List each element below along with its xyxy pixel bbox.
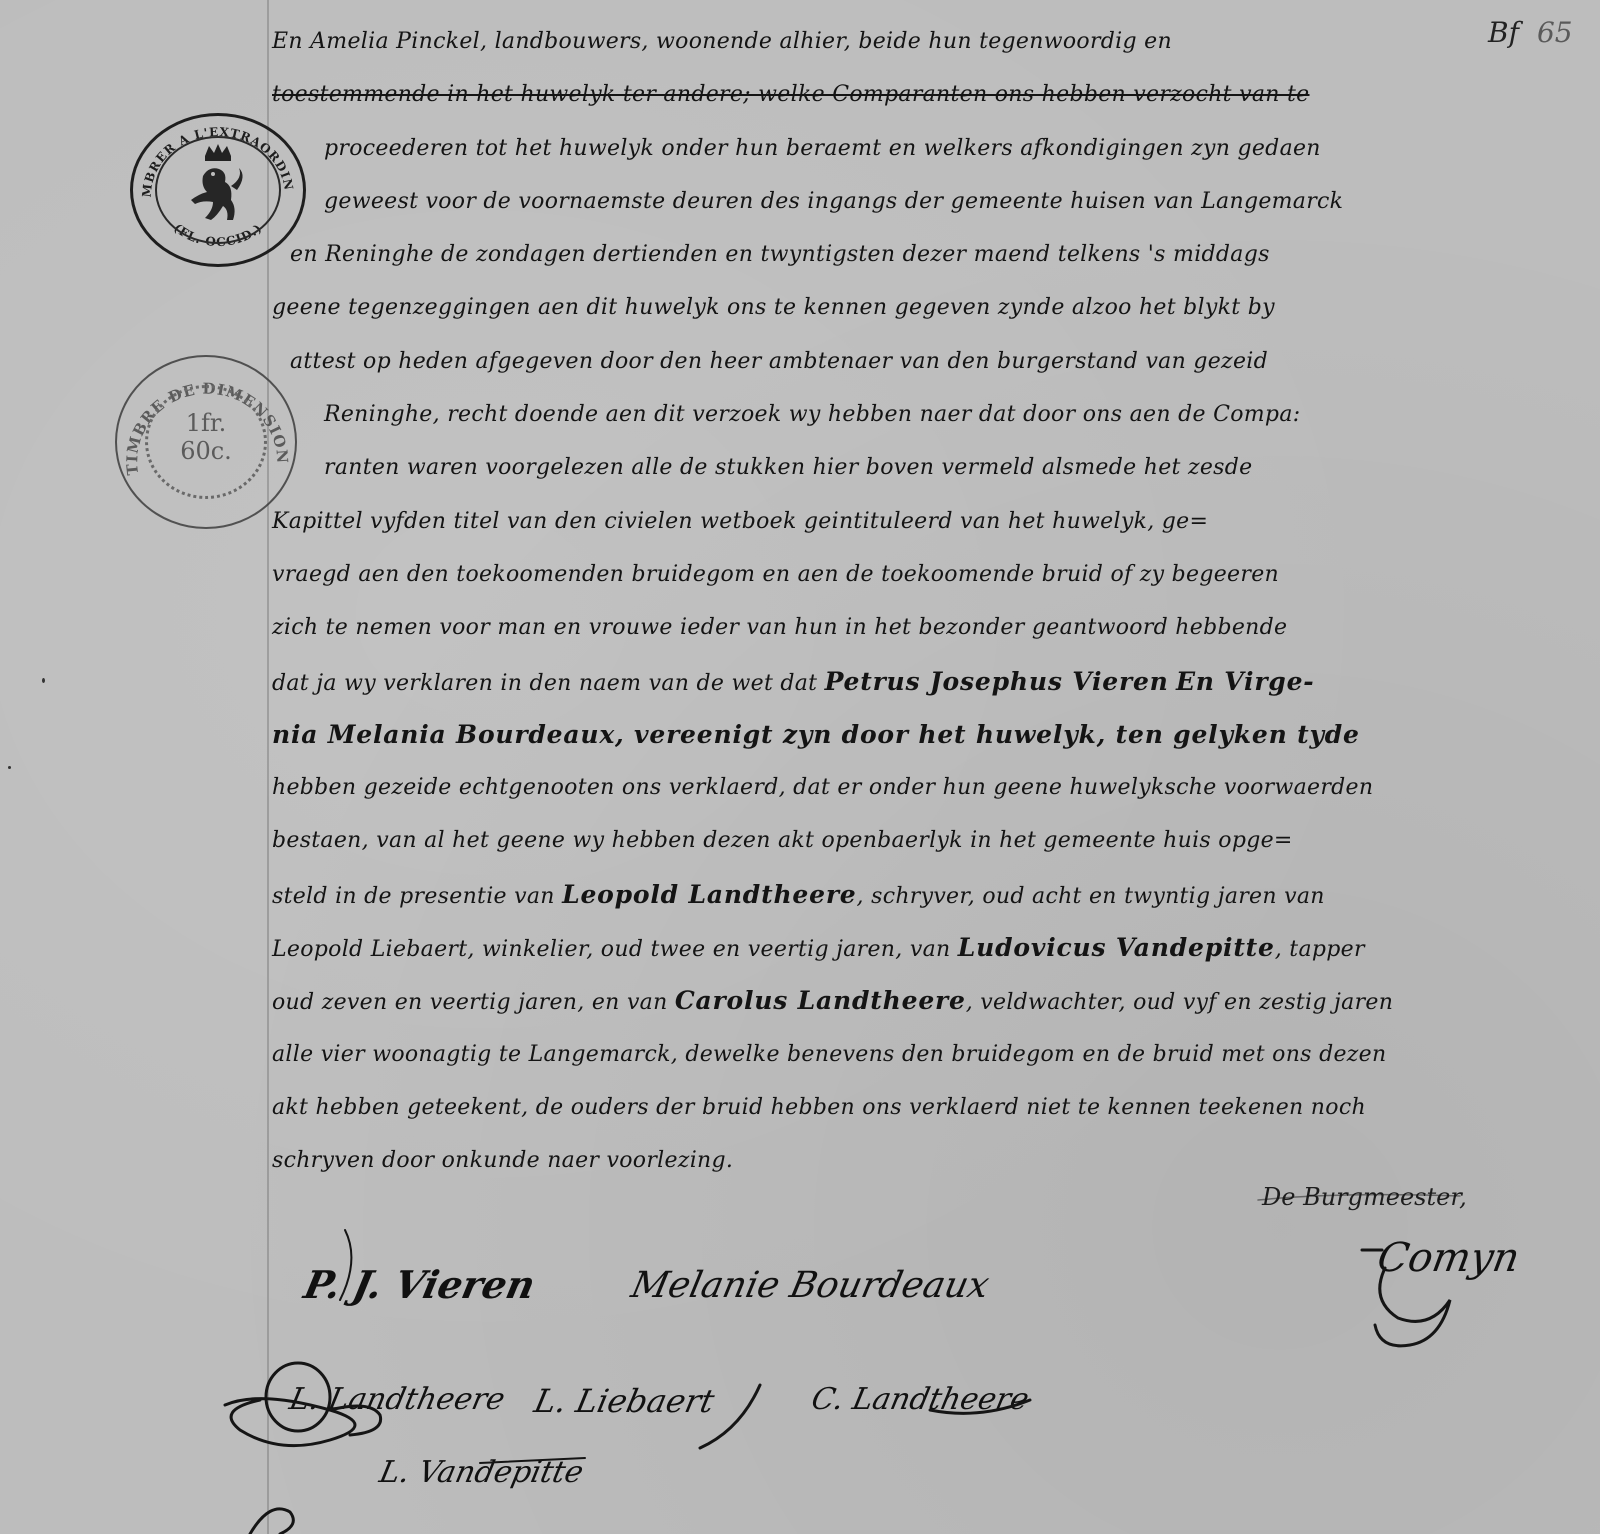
text-line-16: bestaen, van al het geene wy hebben deze…	[272, 814, 1590, 867]
text-line-17-content: steld in de presentie van	[272, 884, 555, 909]
ink-speck	[8, 766, 11, 769]
text-line-3: proceederen tot het huwelyk onder hun be…	[272, 122, 1590, 175]
text-line-2: toestemmende in het huwelyk ter andere; …	[272, 68, 1590, 121]
bride-name-cont: nia Melania Bourdeaux, vereenigt zyn doo…	[272, 720, 1360, 749]
stamp-value-centimes: 60c.	[117, 437, 295, 465]
text-line-1: En Amelia Pinckel, landbouwers, woonende…	[272, 15, 1590, 68]
ink-speck	[42, 678, 45, 683]
text-line-18: Leopold Liebaert, winkelier, oud twee en…	[272, 921, 1590, 974]
text-line-9: ranten waren voorgelezen alle de stukken…	[272, 441, 1590, 494]
stamp-value-francs: 1fr.	[117, 409, 295, 437]
witness-3-detail: , tapper	[1275, 937, 1365, 962]
stamp-dimension: TIMBRE DE DIMENSION 1fr. 60c.	[115, 355, 297, 529]
record-body: En Amelia Pinckel, landbouwers, woonende…	[272, 15, 1590, 1188]
signature-bride: Melanie Bourdeaux	[628, 1265, 993, 1306]
signature-groom: P. J. Vieren	[300, 1262, 539, 1307]
witness-4-detail: , veldwachter, oud vyf en zestig jaren	[966, 990, 1394, 1015]
text-line-22: schryven door onkunde naer voorlezing.	[272, 1134, 1590, 1187]
groom-name: Petrus Josephus Vieren	[825, 667, 1169, 696]
text-line-11: vraegd aen den toekoomenden bruidegom en…	[272, 548, 1590, 601]
mayor-title: De Burgmeester,	[1262, 1183, 1467, 1211]
signature-mayor: Comyn	[1374, 1235, 1523, 1281]
text-line-19: oud zeven en veertig jaren, en van Carol…	[272, 974, 1590, 1027]
signature-witness-2: L. Liebaert	[531, 1382, 718, 1420]
text-line-13-content: dat ja wy verklaren in den naem van de w…	[272, 671, 817, 696]
witness-4-name: Carolus Landtheere	[675, 986, 966, 1015]
document-page: Bf65 A TIMBRER A L'EXTRAORDINAIRE (FL. O…	[0, 0, 1600, 1534]
text-line-13: dat ja wy verklaren in den naem van de w…	[272, 655, 1590, 708]
signature-witness-1: L. Landtheere	[286, 1382, 508, 1417]
witness-1-name: Leopold Landtheere	[562, 880, 856, 909]
text-line-17: steld in de presentie van Leopold Landth…	[272, 868, 1590, 921]
text-line-4: geweest voor de voornaemste deuren des i…	[272, 175, 1590, 228]
text-line-15: hebben gezeide echtgenooten ons verklaer…	[272, 761, 1590, 814]
text-line-14: nia Melania Bourdeaux, vereenigt zyn doo…	[272, 708, 1590, 761]
text-line-10: Kapittel vyfden titel van den civielen w…	[272, 495, 1590, 548]
text-line-7: attest op heden afgegeven door den heer …	[272, 335, 1590, 388]
stamp-value: 1fr. 60c.	[117, 409, 295, 465]
bride-name-start: En Virge-	[1176, 667, 1315, 696]
signature-witness-4: C. Landtheere	[808, 1382, 1032, 1417]
text-line-12: zich te nemen voor man en vrouwe ieder v…	[272, 601, 1590, 654]
text-line-5: en Reninghe de zondagen dertienden en tw…	[272, 228, 1590, 281]
witness-3-name: Ludovicus Vandepitte	[958, 933, 1275, 962]
text-line-19-content: oud zeven en veertig jaren, en van	[272, 990, 668, 1015]
text-line-18-content: Leopold Liebaert, winkelier, oud twee en…	[272, 937, 950, 962]
text-line-8: Reninghe, recht doende aen dit verzoek w…	[272, 388, 1590, 441]
text-line-21: akt hebben geteekent, de ouders der brui…	[272, 1081, 1590, 1134]
signature-witness-3: L. Vandepitte	[376, 1455, 586, 1490]
witness-1-detail: , schryver, oud acht en twyntig jaren va…	[857, 884, 1325, 909]
text-line-2-content: toestemmende in het huwelyk ter andere; …	[272, 82, 1309, 107]
text-line-20: alle vier woonagtig te Langemarck, dewel…	[272, 1028, 1590, 1081]
text-line-6: geene tegenzeggingen aen dit huwelyk ons…	[272, 281, 1590, 334]
